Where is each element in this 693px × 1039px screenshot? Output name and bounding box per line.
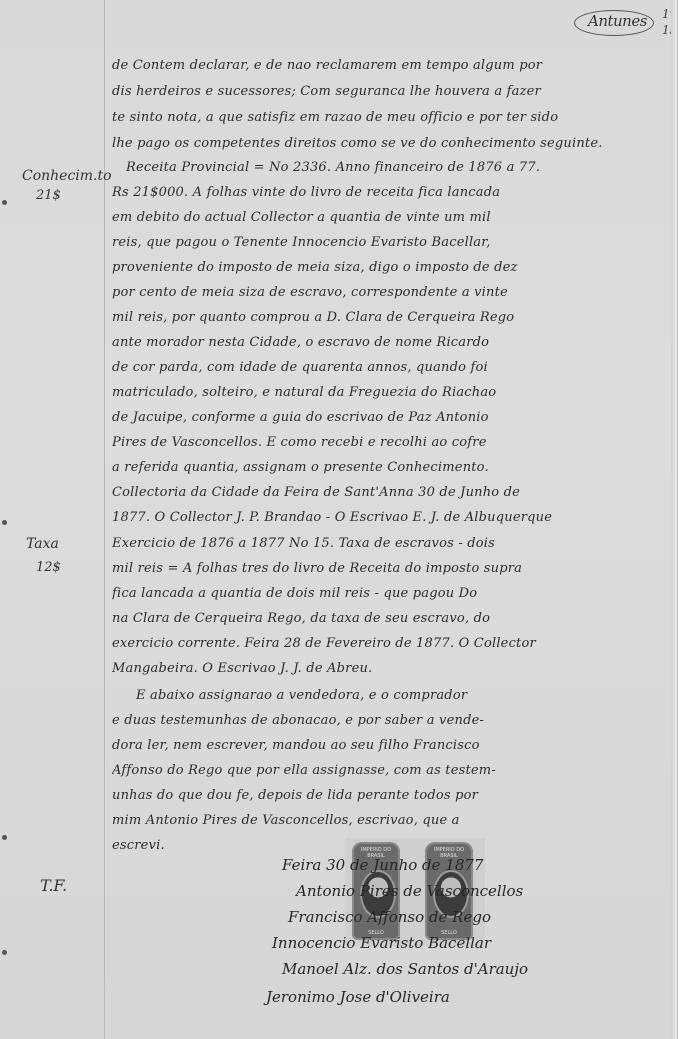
body-line: reis, que pagou o Tenente Innocencio Eva… bbox=[112, 235, 672, 250]
folio-number: 1v 15 bbox=[662, 6, 677, 38]
body-line: mil reis = A folhas tres do livro de Rec… bbox=[112, 561, 672, 576]
body-line: em debito do actual Collector a quantia … bbox=[112, 210, 672, 225]
body-line: de Jacuipe, conforme a guia do escrivao … bbox=[112, 410, 672, 425]
margin-note-conhecimento-value: 21$ bbox=[36, 188, 61, 203]
body-line: fica lancada a quantia de dois mil reis … bbox=[112, 586, 672, 601]
signature: Francisco Affonso de Rego bbox=[288, 908, 491, 926]
body-line: matriculado, solteiro, e natural da Freg… bbox=[112, 385, 672, 400]
ink-blot bbox=[2, 950, 7, 955]
body-line: Exercicio de 1876 a 1877 No 15. Taxa de … bbox=[112, 536, 672, 551]
folio-header: Antunes 1v 15 bbox=[574, 4, 684, 34]
signature: Manoel Alz. dos Santos d'Araujo bbox=[282, 960, 528, 978]
body-line: Receita Provincial = No 2336. Anno finan… bbox=[126, 160, 672, 175]
margin-note-taxa-value: 12$ bbox=[36, 560, 61, 575]
body-line: de cor parda, com idade de quarenta anno… bbox=[112, 360, 672, 375]
body-line: exercicio corrente. Feira 28 de Fevereir… bbox=[112, 636, 672, 651]
body-line: 1877. O Collector J. P. Brandao - O Escr… bbox=[112, 510, 672, 525]
body-line: mim Antonio Pires de Vasconcellos, escri… bbox=[112, 813, 672, 828]
body-line: lhe pago os competentes direitos como se… bbox=[112, 136, 672, 151]
body-line: unhas do que dou fe, depois de lida pera… bbox=[112, 788, 672, 803]
stamp-signature: Antunes bbox=[588, 12, 647, 30]
margin-rule bbox=[104, 0, 105, 1039]
signature: Jeronimo Jose d'Oliveira bbox=[266, 988, 450, 1006]
margin-note-taxa: Taxa bbox=[26, 536, 59, 552]
body-line: Pires de Vasconcellos. E como recebi e r… bbox=[112, 435, 672, 450]
body-line: Collectoria da Cidade da Feira de Sant'A… bbox=[112, 485, 672, 500]
margin-note-conhecimento: Conhecim.to bbox=[22, 168, 112, 184]
ink-blot bbox=[2, 835, 7, 840]
body-line: mil reis, por quanto comprou a D. Clara … bbox=[112, 310, 672, 325]
body-line: Rs 21$000. A folhas vinte do livro de re… bbox=[112, 185, 672, 200]
body-line: de Contem declarar, e de nao reclamarem … bbox=[112, 58, 672, 73]
body-line: na Clara de Cerqueira Rego, da taxa de s… bbox=[112, 611, 672, 626]
ink-blot bbox=[2, 520, 7, 525]
place-date: Feira 30 de Junho de 1877 bbox=[282, 856, 483, 874]
body-line: Mangabeira. O Escrivao J. J. de Abreu. bbox=[112, 661, 672, 676]
body-line: proveniente do imposto de meia siza, dig… bbox=[112, 260, 672, 275]
body-line: dis herdeiros e sucessores; Com seguranc… bbox=[112, 84, 672, 99]
ink-blot bbox=[2, 200, 7, 205]
body-line: te sinto nota, a que satisfiz em razao d… bbox=[112, 110, 672, 125]
body-line: e duas testemunhas de abonacao, e por sa… bbox=[112, 713, 672, 728]
body-line: E abaixo assignarao a vendedora, e o com… bbox=[136, 688, 672, 703]
body-line: dora ler, nem escrever, mandou ao seu fi… bbox=[112, 738, 672, 753]
body-line: por cento de meia siza de escravo, corre… bbox=[112, 285, 672, 300]
document-page: Antunes 1v 15 Conhecim.to 21$ Taxa 12$ T… bbox=[0, 0, 678, 1039]
margin-note-tf: T.F. bbox=[40, 876, 67, 895]
body-line: ante morador nesta Cidade, o escravo de … bbox=[112, 335, 672, 350]
body-line: a referida quantia, assignam o presente … bbox=[112, 460, 672, 475]
signature: Antonio Pires de Vasconcellos bbox=[296, 882, 523, 900]
signature: Innocencio Evaristo Bacellar bbox=[272, 934, 491, 952]
body-line: Affonso do Rego que por ella assignasse,… bbox=[112, 763, 672, 778]
